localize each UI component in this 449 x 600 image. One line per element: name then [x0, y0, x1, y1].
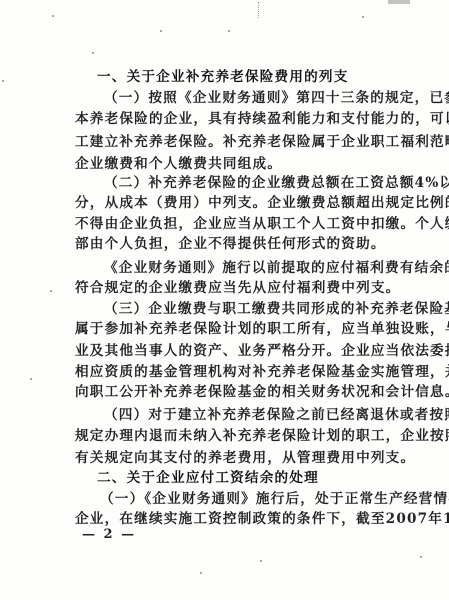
paragraph-line: （四）对于建立补充养老保险之前已经离退休或者按照国家 — [104, 407, 394, 423]
scan-speck — [50, 290, 52, 292]
scan-speck — [420, 556, 422, 558]
paragraph-line: （一）《企业财务通则》施行后，处于正常生产经营情况的 — [100, 491, 390, 507]
paragraph-line: 企业，在继续实施工资控制政策的条件下，截至2007年12月31日 — [75, 511, 395, 527]
paragraph-line: 相应资质的基金管理机构对补充养老保险基金实施管理，并定期 — [75, 364, 395, 380]
scan-speck — [30, 378, 32, 380]
paragraph-line: 企业缴费和个人缴费共同组成。 — [75, 156, 395, 172]
paragraph-line: 不得由企业负担，企业应当从职工个人工资中扣缴。个人缴费全 — [75, 216, 395, 232]
paragraph-line: 本养老保险的企业，具有持续盈利能力和支付能力的，可以为职 — [75, 111, 395, 127]
paragraph-line: 向职工公开补充养老保险基金的相关财务状况和会计信息。 — [75, 384, 395, 400]
scanned-document-page: 一、关于企业补充养老保险费用的列支 （一）按照《企业财务通则》第四十三条的规定，… — [0, 0, 449, 600]
page-number: — 2 — — [82, 527, 136, 543]
paragraph-line: （二）补充养老保险的企业缴费总额在工资总额4%以内的部 — [104, 175, 394, 191]
scan-speck — [200, 572, 202, 574]
paragraph-line: 部由个人负担，企业不得提供任何形式的资助。 — [75, 236, 395, 252]
paragraph-line: 工建立补充养老保险。补充养老保险属于企业职工福利范畴，由 — [75, 134, 395, 150]
paragraph-line: 符合规定的企业缴费应当先从应付福利费中列支。 — [75, 280, 395, 296]
scan-speck — [228, 30, 230, 32]
scan-speck — [52, 15, 54, 17]
paragraph-line: 属于参加补充养老保险计划的职工所有，应当单独设账，与本企 — [75, 321, 395, 337]
paragraph-line: （三）企业缴费与职工缴费共同形成的补充养老保险基金， — [104, 301, 394, 317]
scan-speck — [362, 16, 364, 18]
binding-marks — [258, 2, 260, 18]
scan-speck — [160, 30, 162, 32]
section-heading-2: 二、关于企业应付工资结余的处理 — [97, 470, 417, 486]
section-heading-1: 一、关于企业补充养老保险费用的列支 — [97, 69, 417, 85]
paragraph-line: （一）按照《企业财务通则》第四十三条的规定，已参加基 — [104, 90, 394, 106]
paragraph-line: 规定办理内退而未纳入补充养老保险计划的职工，企业按照国家 — [75, 428, 395, 444]
scan-speck — [92, 52, 94, 54]
scan-speck — [2, 80, 4, 82]
paragraph-line: 《企业财务通则》施行以前提取的应付福利费有结余的，将 — [104, 260, 394, 276]
scan-speck — [260, 560, 262, 562]
top-right-stamp-fragment — [388, 0, 410, 4]
paragraph-line: 有关规定向其支付的养老费用，从管理费用中列支。 — [75, 450, 395, 466]
paragraph-line: 分，从成本（费用）中列支。企业缴费总额超出规定比例的部分， — [75, 195, 395, 211]
paragraph-line: 业及其他当事人的资产、业务严格分开。企业应当依法委托具有 — [75, 343, 395, 359]
